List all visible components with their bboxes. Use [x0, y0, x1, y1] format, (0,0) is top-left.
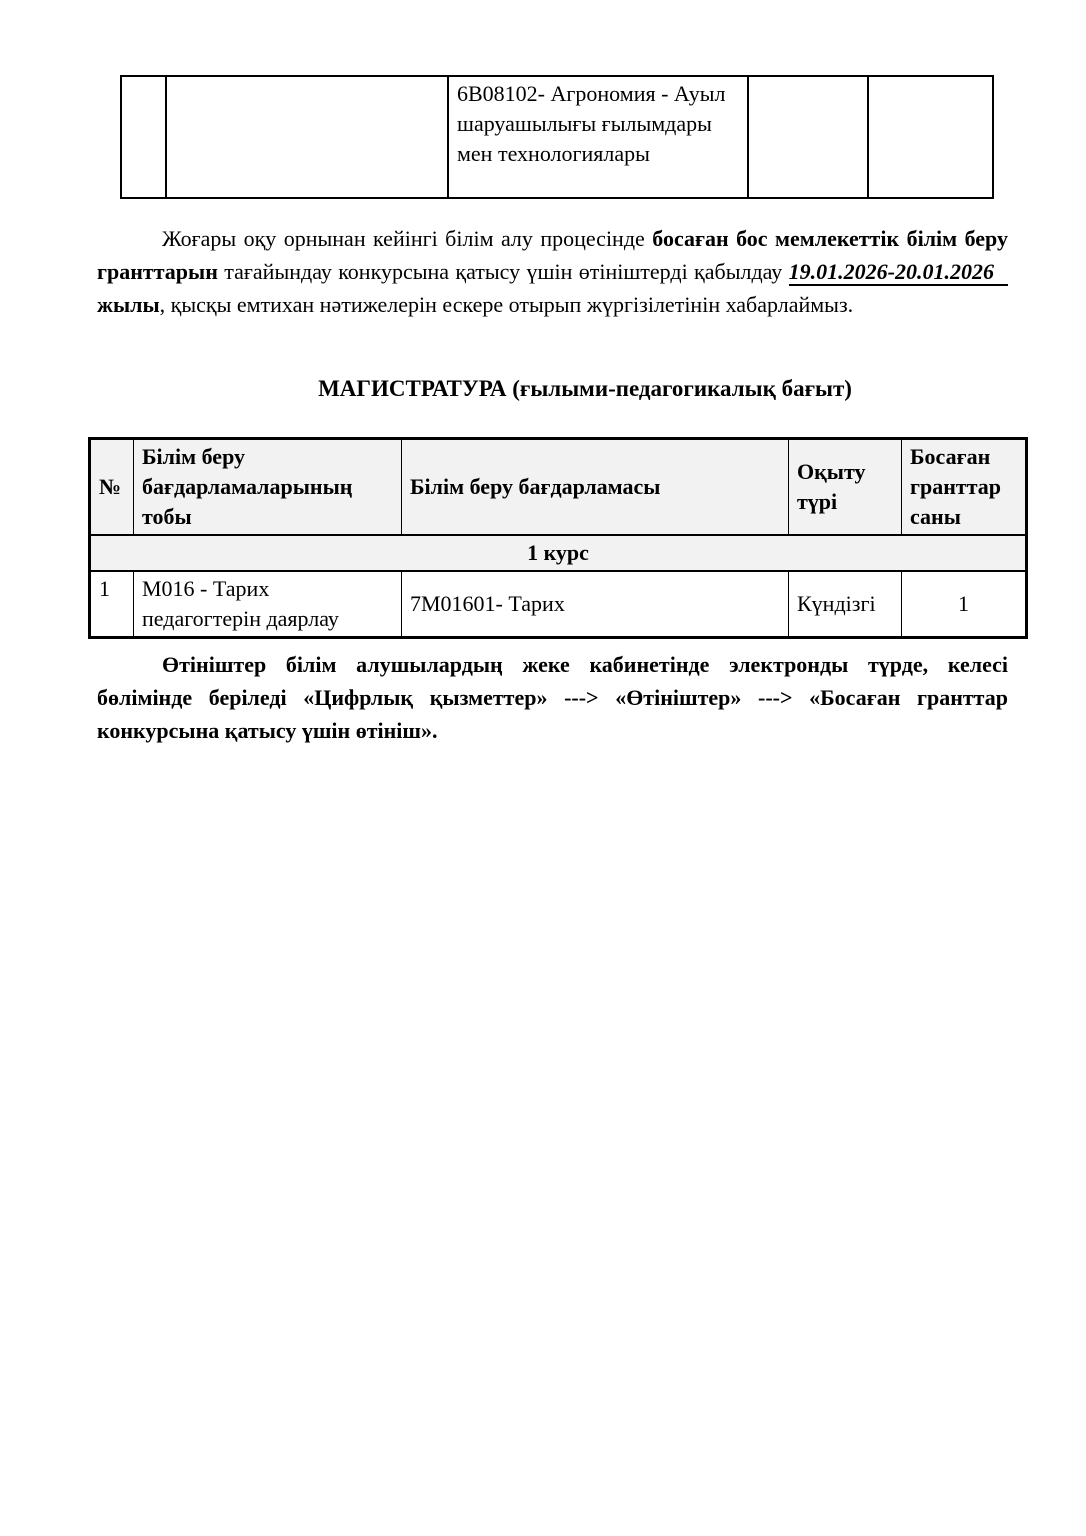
intro-text-2: тағайындау конкурсына қатысу үшін өтініш… [218, 259, 789, 284]
document-page: 6В08102- Агрономия - Ауыл шаруашылығы ғы… [0, 0, 1086, 1536]
intro-paragraph: Жоғары оқу орнынан кейінгі білім алу про… [97, 222, 1008, 321]
course-label: 1 курс [90, 535, 1027, 571]
grants-table: № Білім беру бағдарламаларының тобы Білі… [88, 437, 1028, 639]
intro-bold-2: жылы [97, 292, 160, 317]
previous-page-table-fragment: 6В08102- Агрономия - Ауыл шаруашылығы ғы… [120, 75, 994, 199]
table-row: 6В08102- Агрономия - Ауыл шаруашылығы ғы… [121, 76, 993, 198]
course-row: 1 курс [90, 535, 1027, 571]
header-program: Білім беру бағдарламасы [402, 439, 789, 536]
footer-paragraph: Өтініштер білім алушылардың жеке кабинет… [97, 648, 1008, 747]
row-count-cell: 1 [902, 571, 1027, 638]
fragment-group-cell [166, 76, 448, 198]
header-study-form: Оқыту түрі [789, 439, 902, 536]
table-row: 1 М016 - Тарих педагогтерін даярлау 7М01… [90, 571, 1027, 638]
header-program-group: Білім беру бағдарламаларының тобы [134, 439, 402, 536]
section-heading: МАГИСТРАТУРА (ғылыми-педагогикалық бағыт… [97, 374, 1008, 404]
row-study-form-cell: Күндізгі [789, 571, 902, 638]
fragment-count-cell [868, 76, 993, 198]
header-grants-count: Босаған гранттар саны [902, 439, 1027, 536]
application-date-range: 19.01.2026-20.01.2026 [789, 259, 1008, 286]
intro-text-3: , қысқы емтихан нәтижелерін ескере отыры… [160, 292, 853, 317]
row-group-cell: М016 - Тарих педагогтерін даярлау [134, 571, 402, 638]
row-program-cell: 7М01601- Тарих [402, 571, 789, 638]
table-header-row: № Білім беру бағдарламаларының тобы Білі… [90, 439, 1027, 536]
fragment-program-cell: 6В08102- Агрономия - Ауыл шаруашылығы ғы… [448, 76, 748, 198]
fragment-num-cell [121, 76, 166, 198]
intro-text-1: Жоғары оқу орнынан кейінгі білім алу про… [162, 226, 652, 251]
row-num-cell: 1 [90, 571, 134, 638]
fragment-study-form-cell [748, 76, 868, 198]
header-num: № [90, 439, 134, 536]
